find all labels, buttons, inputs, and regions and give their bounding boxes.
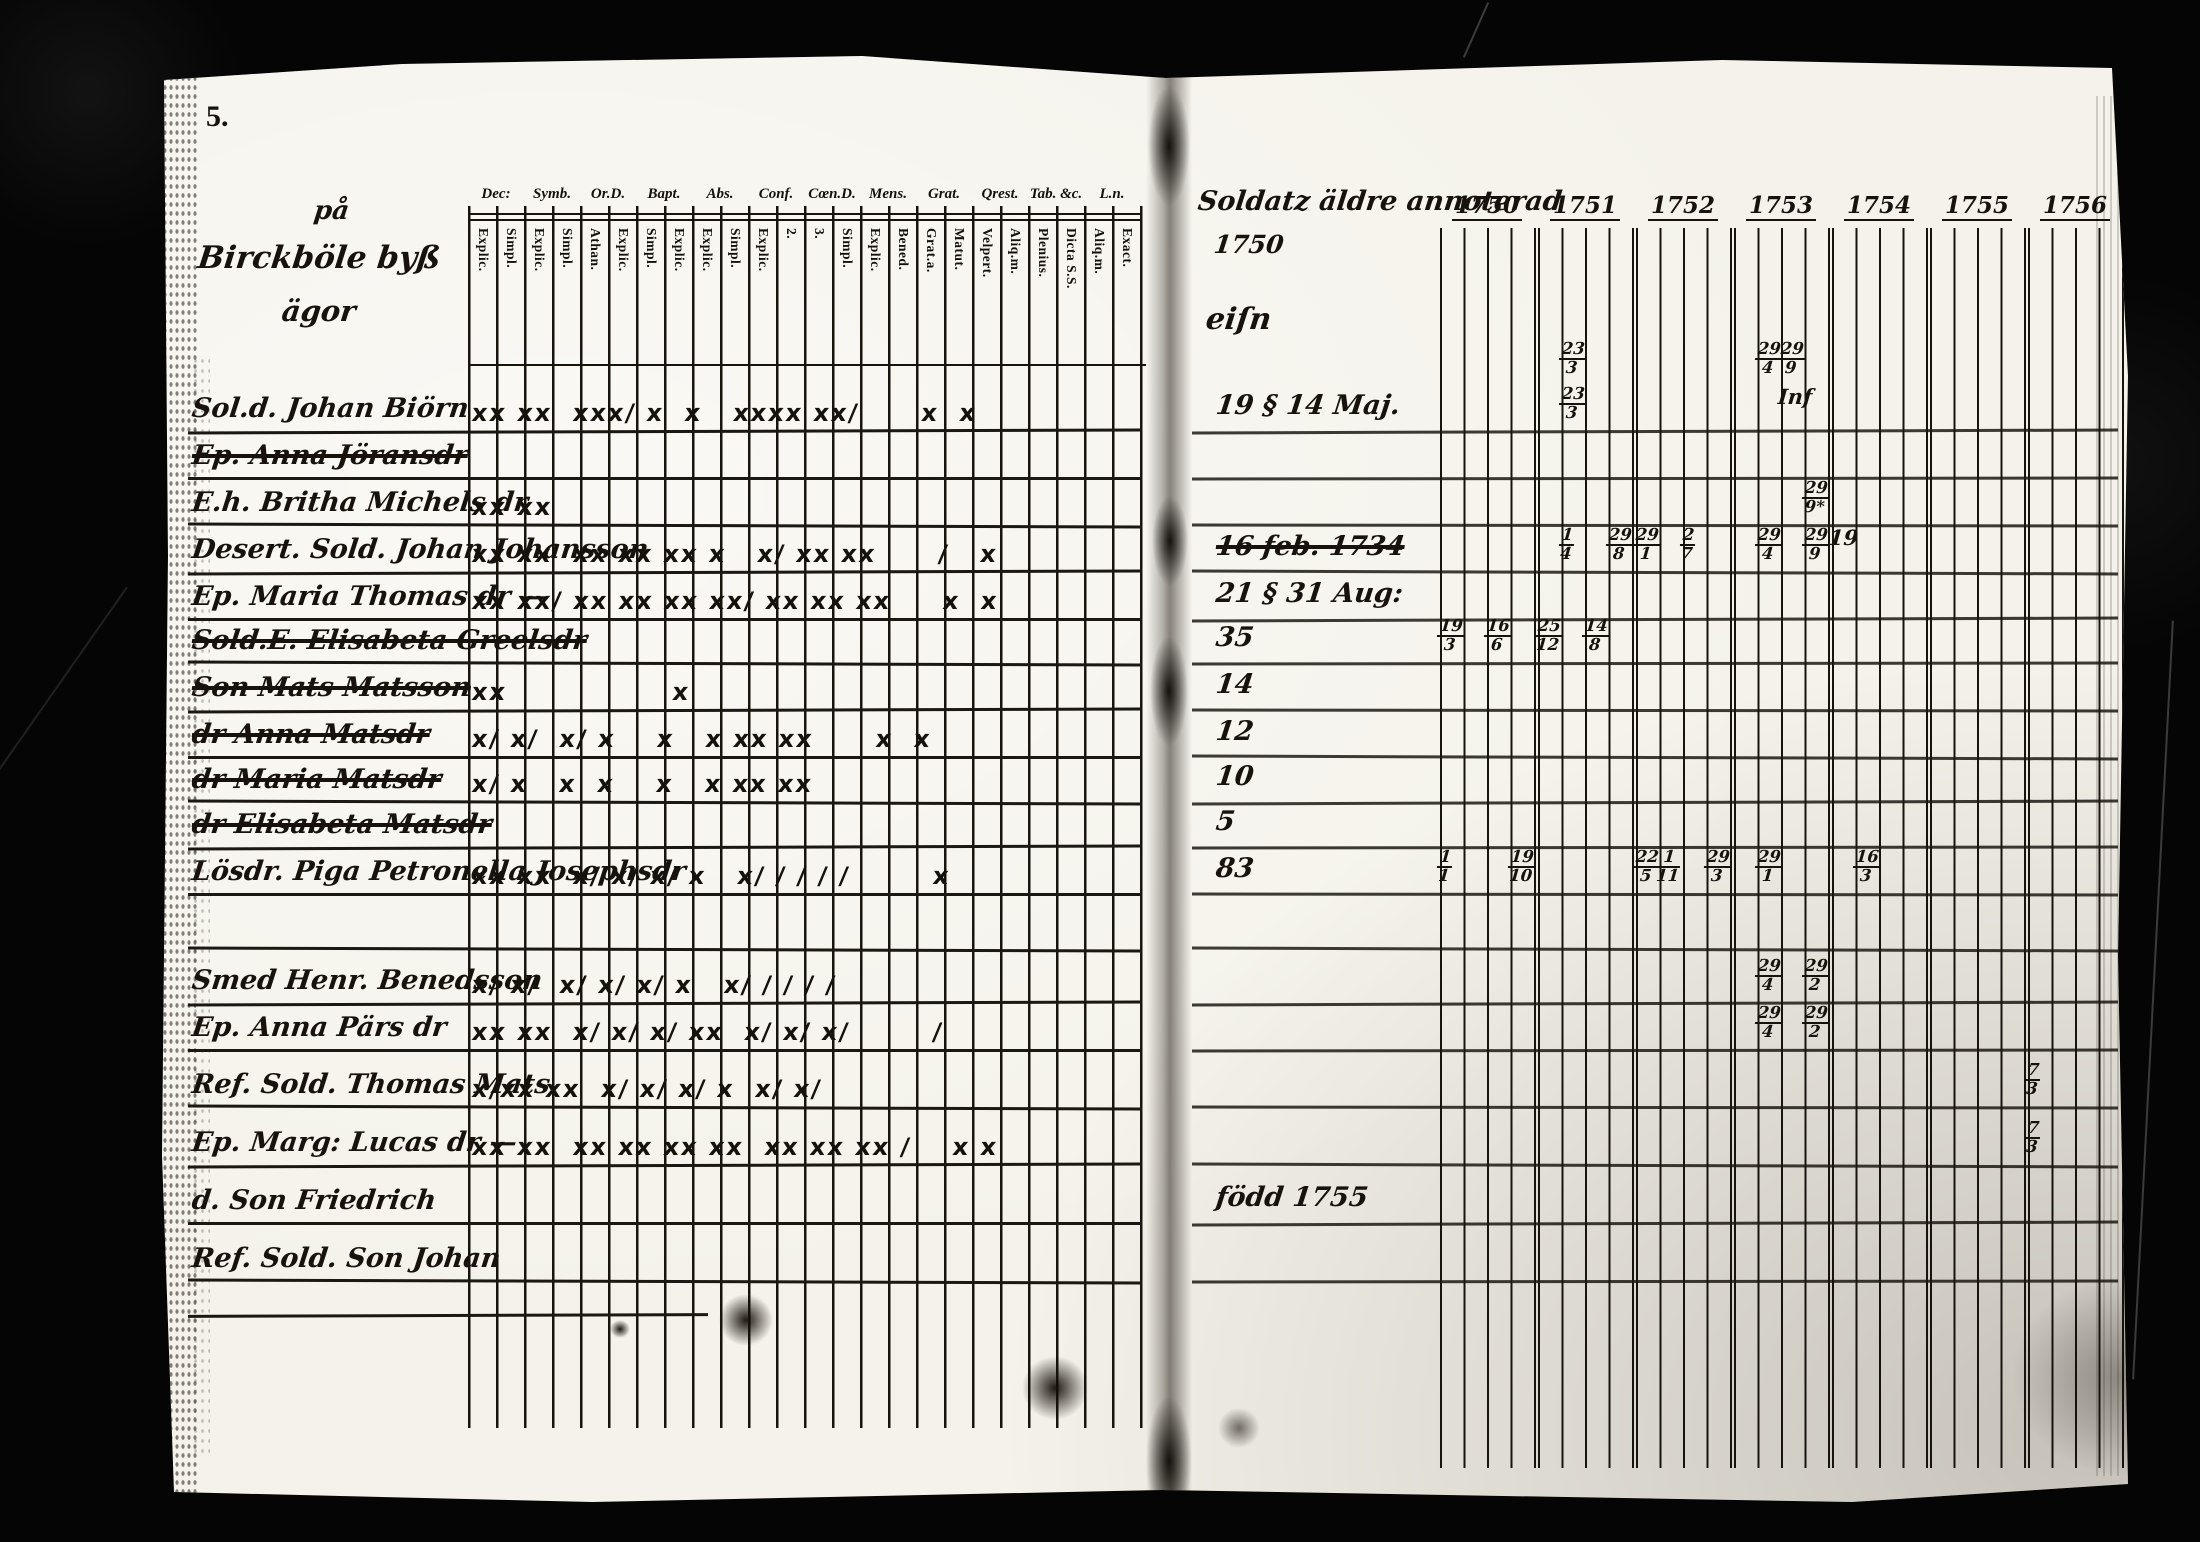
row-note: född 1755 <box>1214 1182 1370 1213</box>
printed-header-label: Grat. <box>916 186 972 203</box>
row-line <box>188 893 1142 896</box>
scratch-mark <box>1463 2 1489 58</box>
row-note: 19 § 14 Maj. <box>1214 390 1402 421</box>
gutter-stain <box>1150 636 1188 746</box>
gutter-stain <box>1152 496 1188 586</box>
row-line <box>188 618 1142 621</box>
fraction: 293 <box>1702 849 1732 885</box>
printed-header-label: Symb. <box>524 186 580 203</box>
fraction: 294 <box>1753 958 1783 994</box>
row-marks: xx xx x/ x/ x/ xx x/ x/ x/ / <box>471 1018 1164 1046</box>
fraction: 73 <box>2023 1120 2042 1156</box>
row-marks: xx xx xx xx xx xx xx xx xx / x x <box>471 1133 1164 1161</box>
fraction: Inf <box>1777 386 1813 407</box>
printed-header-label: Mens. <box>860 186 916 203</box>
printed-header-label: Bapt. <box>636 186 692 203</box>
printed-header-label: Tab. &c. <box>1028 186 1084 203</box>
row-line <box>1192 709 2118 713</box>
ink-stain <box>1218 1408 1260 1448</box>
right-heading-year: 1750 <box>1212 230 1285 259</box>
row-line <box>1192 893 2118 897</box>
row-line <box>188 477 1142 480</box>
row-note: 14 <box>1214 669 1255 700</box>
fraction: 291 <box>1631 527 1661 563</box>
row-line <box>188 756 1142 759</box>
ink-stain <box>610 1320 630 1338</box>
row-note: 83 <box>1214 853 1255 884</box>
row-note: 12 <box>1214 716 1255 747</box>
row-marks: x/xx xx x/ x/ x/ x x/ x/ <box>471 1075 1164 1103</box>
ink-stain <box>1022 1356 1088 1420</box>
fraction: 294 <box>1753 1005 1783 1041</box>
fraction: 14 <box>1557 527 1576 563</box>
row-name: dr Maria Matsdr <box>190 764 443 795</box>
fraction: 193 <box>1435 618 1465 654</box>
row-name: Sol.d. Johan Biörn <box>190 393 471 424</box>
row-note: 35 <box>1214 622 1255 653</box>
fraction: 292 <box>1800 958 1830 994</box>
fraction: 73 <box>2023 1062 2042 1098</box>
fraction: 233 <box>1557 386 1587 422</box>
row-marks: x/ x/ x/ x x x xx xx x x <box>471 725 1164 753</box>
printed-header-label: L.n. <box>1084 186 1140 203</box>
printed-header-label: Conf. <box>748 186 804 203</box>
book-page: 5. på Birckböle byß ägor Dec:Symb.Or.D.B… <box>162 56 2128 1502</box>
printed-header-label: Or.D. <box>580 186 636 203</box>
row-marks: xx x <box>471 678 1164 706</box>
row-name: dr Elisabeta Matsdr <box>190 809 494 840</box>
fraction: 298 <box>1604 527 1634 563</box>
fraction: 299* <box>1800 480 1830 516</box>
fraction: 19 <box>1828 527 1859 548</box>
page-edge-stipple <box>192 356 210 1456</box>
row-name: Sold.E. Elisabeta Greelsdr <box>190 625 589 656</box>
year-label: 1750 <box>1440 192 1534 219</box>
fraction: 299 <box>1800 527 1830 563</box>
row-name: Son Mats Matsson <box>190 672 473 703</box>
row-name: dr Anna Matsdr <box>190 719 432 750</box>
row-name: Ep. Anna Pärs dr <box>190 1012 448 1043</box>
fraction: 111 <box>1655 849 1681 885</box>
year-label: 1756 <box>2028 192 2122 219</box>
row-marks: x/ x x x x x xx xx <box>471 770 1164 798</box>
left-title-line-1: på <box>312 196 351 226</box>
gutter-stain <box>1148 86 1190 206</box>
fraction: 148 <box>1580 618 1610 654</box>
row-marks: xx xx x/ x/ x/ x x/ / / / / x <box>471 862 1164 890</box>
row-line <box>1192 1106 2118 1110</box>
row-note: 5 <box>1214 806 1237 837</box>
left-title-line-2: Birckböle byß <box>196 240 443 276</box>
row-name: Ep. Anna Jöransdr <box>190 440 470 471</box>
row-marks: x/ x/ x/ x/ x/ x x/ / / / / <box>471 971 1164 999</box>
row-marks: xx xx xxx/ x x xxxx xx/ x x <box>471 399 1164 427</box>
row-note: 16 feb. 1734 <box>1214 531 1406 562</box>
year-label: 1753 <box>1734 192 1828 219</box>
fraction: 299 <box>1776 341 1806 377</box>
left-grid-columns <box>468 206 1144 1428</box>
fraction: 233 <box>1557 341 1587 377</box>
printed-header-row: Dec:Symb.Or.D.Bapt.Abs.Conf.Cœn.D.Mens.G… <box>468 186 1140 203</box>
ink-stain <box>719 1294 773 1346</box>
fraction: 2512 <box>1533 618 1563 654</box>
printed-header-label: Qrest. <box>972 186 1028 203</box>
row-marks: xx xx <box>471 493 1164 521</box>
scratch-mark <box>0 587 128 834</box>
fraction: 294 <box>1753 527 1783 563</box>
row-marks: xx xx xx xx xx x x/ xx xx / x <box>471 540 1164 568</box>
book-gutter <box>1146 56 1192 1502</box>
photo-backdrop: 5. på Birckböle byß ägor Dec:Symb.Or.D.B… <box>0 0 2200 1542</box>
page-number: 5. <box>206 100 229 134</box>
fraction: 292 <box>1800 1005 1830 1041</box>
fraction: 166 <box>1482 618 1512 654</box>
fraction: 163 <box>1851 849 1881 885</box>
printed-header-label: Abs. <box>692 186 748 203</box>
left-title-line-3: ägor <box>280 294 358 328</box>
right-side-note: eiſn <box>1204 302 1274 337</box>
row-line <box>188 1049 1142 1052</box>
row-name: Ref. Sold. Son Johan <box>190 1243 502 1274</box>
printed-header-label: Cœn.D. <box>804 186 860 203</box>
scratch-mark <box>2132 620 2174 1379</box>
year-label: 1751 <box>1538 192 1632 219</box>
printed-header-label: Dec: <box>468 186 524 203</box>
fraction: 27 <box>1678 527 1697 563</box>
row-name: d. Son Friedrich <box>190 1185 438 1216</box>
row-note: 10 <box>1214 761 1255 792</box>
fraction: 1910 <box>1506 849 1536 885</box>
year-label: 1752 <box>1636 192 1730 219</box>
fraction: 11 <box>1435 849 1454 885</box>
gutter-stain <box>1146 1396 1192 1526</box>
row-name: Ep. Marg: Lucas dr — <box>190 1127 519 1158</box>
row-note: 21 § 31 Aug: <box>1214 578 1405 609</box>
year-label: 1754 <box>1832 192 1926 219</box>
fraction: 291 <box>1753 849 1783 885</box>
row-marks: xx xx/ xx xx xx xx/ xx xx xx x x <box>471 587 1164 615</box>
year-label: 1755 <box>1930 192 2024 219</box>
row-line <box>188 1222 1142 1225</box>
